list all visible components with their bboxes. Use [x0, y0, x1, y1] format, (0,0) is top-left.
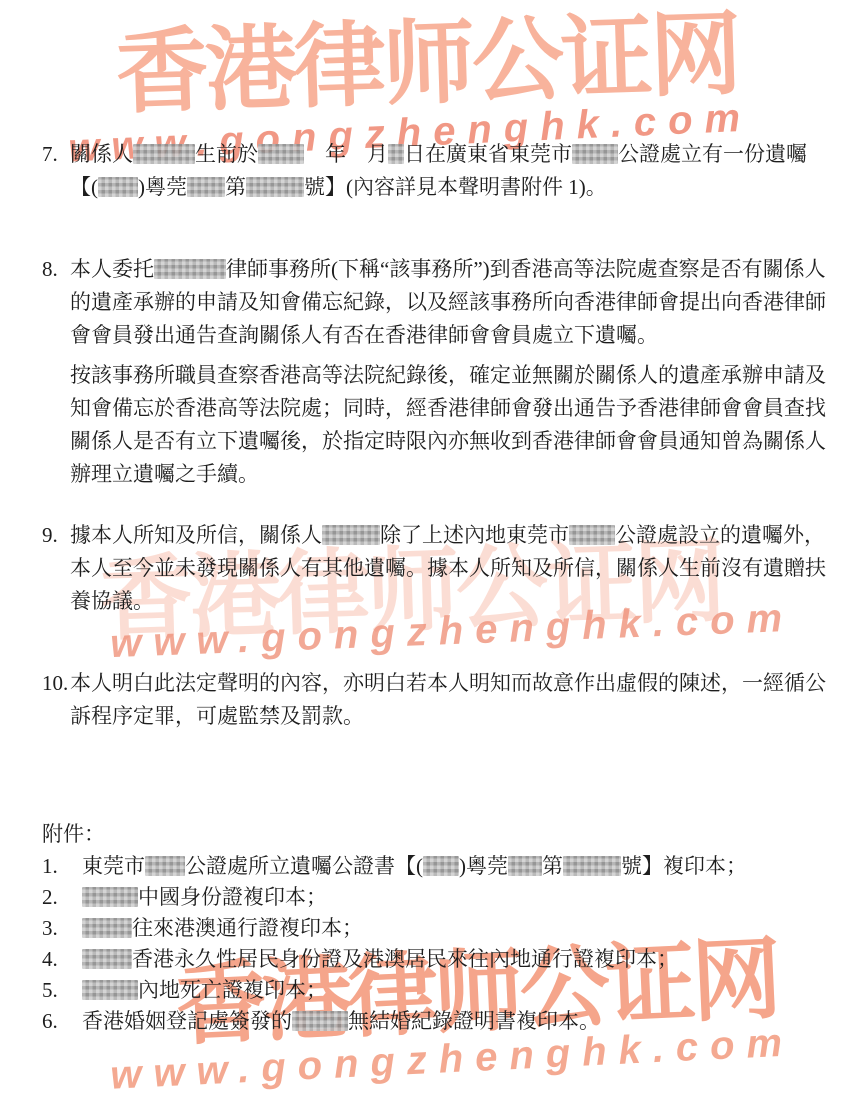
- text-run: 按該事務所職員查察香港高等法院紀錄後，確定並無關於關係人的遺產承辦申請及知會備忘…: [70, 363, 826, 486]
- redacted-text: [423, 856, 459, 876]
- redacted-text: [82, 980, 138, 1000]
- redacted-text: [154, 259, 226, 279]
- attachment-text: 內地死亡證複印本；: [82, 975, 832, 1006]
- attachment-item: 3.往來港澳通行證複印本；: [42, 913, 832, 944]
- attachment-item: 2.中國身份證複印本；: [42, 882, 832, 913]
- text-run: 生前於: [195, 142, 258, 166]
- attachment-text: 香港婚姻登記處簽發的無結婚紀錄證明書複印本。: [82, 1006, 832, 1037]
- attachments-title: 附件：: [42, 818, 832, 851]
- attachments-section: 附件： 1.東莞市公證處所立遺囑公證書【()粵莞第號】複印本；2.中國身份證複印…: [42, 818, 832, 1037]
- text-run: 第: [542, 854, 563, 878]
- text-run: 年 月: [304, 142, 388, 166]
- numbered-paragraph: 7.關係人生前於 年 月日在廣東省東莞市公證處立有一份遺囑【()粵莞第號】(內容…: [42, 138, 832, 204]
- paragraph-number: 9.: [42, 519, 70, 552]
- redacted-text: [98, 177, 138, 197]
- attachment-number: 3.: [42, 913, 82, 944]
- attachment-number: 4.: [42, 944, 82, 975]
- attachment-number: 5.: [42, 975, 82, 1006]
- attachment-item: 4.香港永久性居民身份證及港澳居民來往內地通行證複印本；: [42, 944, 832, 975]
- attachment-text: 中國身份證複印本；: [82, 882, 832, 913]
- text-run: 號】(內容詳見本聲明書附件 1)。: [304, 175, 607, 199]
- paragraph-number: 10.: [42, 667, 70, 700]
- attachment-text: 東莞市公證處所立遺囑公證書【()粵莞第號】複印本；: [82, 851, 832, 882]
- attachment-item: 5.內地死亡證複印本；: [42, 975, 832, 1006]
- redacted-text: [82, 887, 138, 907]
- attachment-text: 往來港澳通行證複印本；: [82, 913, 832, 944]
- numbered-paragraphs: 7.關係人生前於 年 月日在廣東省東莞市公證處立有一份遺囑【()粵莞第號】(內容…: [42, 138, 832, 733]
- text-run: 香港婚姻登記處簽發的: [82, 1009, 292, 1033]
- text-run: 公證處所立遺囑公證書【(: [185, 854, 423, 878]
- redacted-text: [133, 144, 195, 164]
- redacted-text: [322, 525, 380, 545]
- attachment-number: 1.: [42, 851, 82, 882]
- paragraph-text: 本人委托律師事務所(下稱“該事務所”)到香港高等法院處查察是否有關係人的遺產承辦…: [70, 253, 832, 352]
- text-run: 往來港澳通行證複印本；: [132, 916, 363, 940]
- paragraph-text: 本人明白此法定聲明的內容，亦明白若本人明知而故意作出虛假的陳述，一經循公訴程序定…: [70, 667, 832, 733]
- text-run: 據本人所知及所信，關係人: [70, 523, 322, 547]
- redacted-text: [388, 144, 404, 164]
- text-run: 除了上述內地東莞市: [380, 523, 569, 547]
- attachment-text: 香港永久性居民身份證及港澳居民來往內地通行證複印本；: [82, 944, 832, 975]
- redacted-text: [145, 856, 185, 876]
- redacted-text: [258, 144, 304, 164]
- paragraph-text: 按該事務所職員查察香港高等法院紀錄後，確定並無關於關係人的遺產承辦申請及知會備忘…: [70, 359, 832, 491]
- text-run: 第: [225, 175, 246, 199]
- document-body: 7.關係人生前於 年 月日在廣東省東莞市公證處立有一份遺囑【()粵莞第號】(內容…: [0, 0, 850, 1037]
- attachment-item: 6.香港婚姻登記處簽發的無結婚紀錄證明書複印本。: [42, 1006, 832, 1037]
- numbered-paragraph: 10.本人明白此法定聲明的內容，亦明白若本人明知而故意作出虛假的陳述，一經循公訴…: [42, 667, 832, 733]
- paragraph-text: 關係人生前於 年 月日在廣東省東莞市公證處立有一份遺囑【()粵莞第號】(內容詳見…: [70, 138, 832, 204]
- attachment-number: 6.: [42, 1006, 82, 1037]
- text-run: 無結婚紀錄證明書複印本。: [348, 1009, 600, 1033]
- redacted-text: [572, 144, 618, 164]
- text-run: 日在廣東省東莞市: [404, 142, 572, 166]
- paragraph-text: 據本人所知及所信，關係人除了上述內地東莞市公證處設立的遺囑外，本人至今並未發現關…: [70, 519, 832, 618]
- attachment-item: 1.東莞市公證處所立遺囑公證書【()粵莞第號】複印本；: [42, 851, 832, 882]
- text-run: 本人明白此法定聲明的內容，亦明白若本人明知而故意作出虛假的陳述，一經循公訴程序定…: [70, 671, 826, 728]
- text-run: )粵莞: [459, 854, 508, 878]
- redacted-text: [292, 1011, 348, 1031]
- numbered-paragraph: 8.本人委托律師事務所(下稱“該事務所”)到香港高等法院處查察是否有關係人的遺產…: [42, 253, 832, 491]
- text-run: 本人委托: [70, 257, 154, 281]
- redacted-text: [569, 525, 615, 545]
- text-run: 內地死亡證複印本；: [138, 978, 327, 1002]
- text-run: )粵莞: [138, 175, 187, 199]
- redacted-text: [82, 949, 132, 969]
- text-run: 香港永久性居民身份證及港澳居民來往內地通行證複印本；: [132, 947, 678, 971]
- text-run: 關係人: [70, 142, 133, 166]
- redacted-text: [246, 177, 304, 197]
- redacted-text: [82, 918, 132, 938]
- attachment-number: 2.: [42, 882, 82, 913]
- redacted-text: [563, 856, 621, 876]
- numbered-paragraph: 9.據本人所知及所信，關係人除了上述內地東莞市公證處設立的遺囑外，本人至今並未發…: [42, 519, 832, 618]
- paragraph-number: 8.: [42, 253, 70, 286]
- paragraph-number: 7.: [42, 138, 70, 171]
- scanned-document-page: 香港律师公证网 www.gongzhenghk.com 香港律师公证网 www.…: [0, 0, 850, 1118]
- text-run: 中國身份證複印本；: [138, 885, 327, 909]
- attachments-list: 1.東莞市公證處所立遺囑公證書【()粵莞第號】複印本；2.中國身份證複印本；3.…: [42, 851, 832, 1037]
- redacted-text: [508, 856, 542, 876]
- text-run: 東莞市: [82, 854, 145, 878]
- text-run: 號】複印本；: [621, 854, 747, 878]
- redacted-text: [187, 177, 225, 197]
